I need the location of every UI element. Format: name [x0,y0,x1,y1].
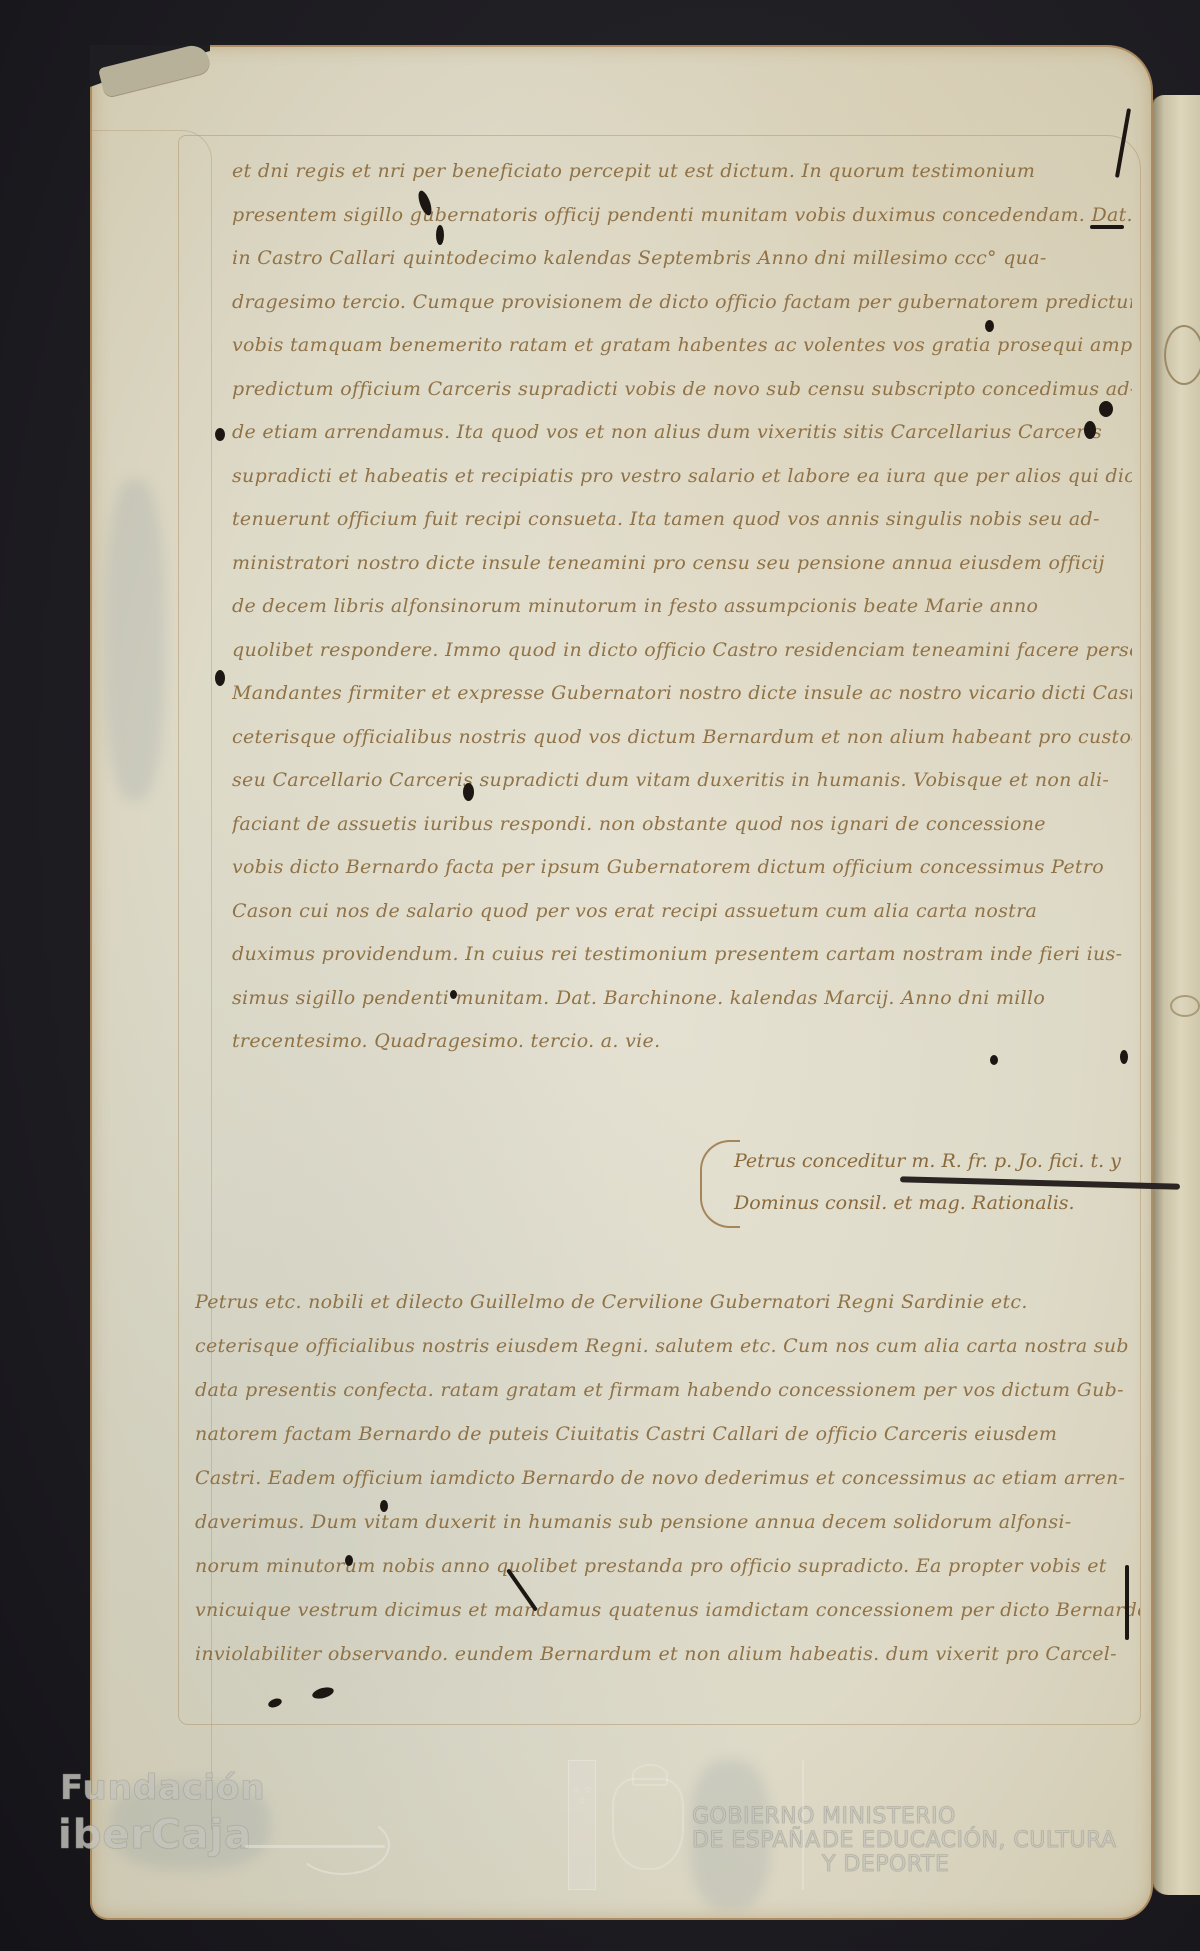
bracket-flourish [700,1140,740,1228]
ink-blot [463,783,474,801]
text-line: vnicuique vestrum dicimus et mandamus qu… [195,1588,1140,1632]
ink-blot [1084,421,1096,439]
stain-mark [1170,995,1200,1017]
registration-note: Petrus conceditur m. R. fr. p. Jo. fici.… [710,1140,1130,1224]
text-line: duximus providendum. In cuius rei testim… [232,933,1132,977]
ink-stroke [1125,1565,1129,1640]
text-line: simus sigillo pendenti munitam. Dat. Bar… [232,977,1132,1021]
text-line: de decem libris alfonsinorum minutorum i… [232,585,1132,629]
watermark-line: MINISTERIO [822,1805,1117,1829]
watermark-ibercaja: iberCaja [58,1812,252,1858]
signature-line: Petrus conceditur m. R. fr. p. Jo. fici.… [710,1140,1130,1182]
water-stain [105,480,165,800]
text-line: quolibet respondere. Immo quod in dicto … [232,629,1132,673]
text-line: vobis tamquam benemerito ratam et gratam… [232,324,1132,368]
text-line: Petrus etc. nobili et dilecto Guillelmo … [195,1280,1140,1324]
watermark-line: Y DEPORTE [822,1853,1117,1877]
text-line: natorem factam Bernardo de puteis Ciuita… [195,1412,1140,1456]
flag-stars: ☆ ☆ ☆ [569,1785,595,1807]
watermark-divider [802,1760,804,1890]
text-line: predictum officium Carceris supradicti v… [232,368,1132,412]
manuscript-text-block-2: Petrus etc. nobili et dilecto Guillelmo … [195,1280,1140,1676]
ink-blot [215,428,225,441]
text-line: presentem sigillo gubernatoris officij p… [232,194,1132,238]
text-line: inviolabiliter observando. eundem Bernar… [195,1632,1140,1676]
text-line: ceterisque officialibus nostris quod vos… [232,716,1132,760]
watermark-ministerio: MINISTERIO DE EDUCACIÓN, CULTURA Y DEPOR… [822,1805,1117,1877]
text-line: Mandantes firmiter et expresse Gubernato… [232,672,1132,716]
ink-blot [380,1500,388,1512]
text-line: Cason cui nos de salario quod per vos er… [232,890,1132,934]
ink-blot [215,670,225,686]
ink-blot [450,990,457,999]
text-line: dragesimo tercio. Cumque provisionem de … [232,281,1132,325]
text-line: et dni regis et nri per beneficiato perc… [232,150,1132,194]
ink-blot [345,1555,353,1566]
text-line: data presentis confecta. ratam gratam et… [195,1368,1140,1412]
text-line: seu Carcellario Carceris supradicti dum … [232,759,1132,803]
ink-blot [990,1055,998,1065]
flag-icon: ☆ ☆ ☆ [568,1760,596,1890]
text-line: daverimus. Dum vitam duxerit in humanis … [195,1500,1140,1544]
ink-blot [1099,401,1113,417]
adjacent-page-edge [1150,95,1200,1895]
text-line: vobis dicto Bernardo facta per ipsum Gub… [232,846,1132,890]
ink-blot [436,225,444,245]
stain-mark [1164,325,1200,385]
text-line: de etiam arrendamus. Ita quod vos et non… [232,411,1132,455]
watermark-fundacion: Fundación [60,1768,266,1808]
text-line: in Castro Callari quintodecimo kalendas … [232,237,1132,281]
text-line: ministratori nostro dicte insule teneami… [232,542,1132,586]
text-line: norum minutorum nobis anno quolibet pres… [195,1544,1140,1588]
manuscript-text-block-1: et dni regis et nri per beneficiato perc… [232,150,1132,1064]
text-line: tenuerunt officium fuit recipi consueta.… [232,498,1132,542]
ink-blot [1120,1050,1128,1064]
signature-line: Dominus consil. et mag. Rationalis. [710,1182,1130,1224]
text-line: supradicti et habeatis et recipiatis pro… [232,455,1132,499]
text-line: faciant de assuetis iuribus respondi. no… [232,803,1132,847]
spain-coat-of-arms-icon [612,1778,684,1870]
ink-blot [985,320,994,332]
text-line: Castri. Eadem officium iamdicto Bernardo… [195,1456,1140,1500]
watermark-line: DE EDUCACIÓN, CULTURA [822,1829,1117,1853]
text-line: ceterisque officialibus nostris eiusdem … [195,1324,1140,1368]
ibercaja-swoosh-icon [245,1845,385,1848]
ink-stroke [1090,225,1124,229]
